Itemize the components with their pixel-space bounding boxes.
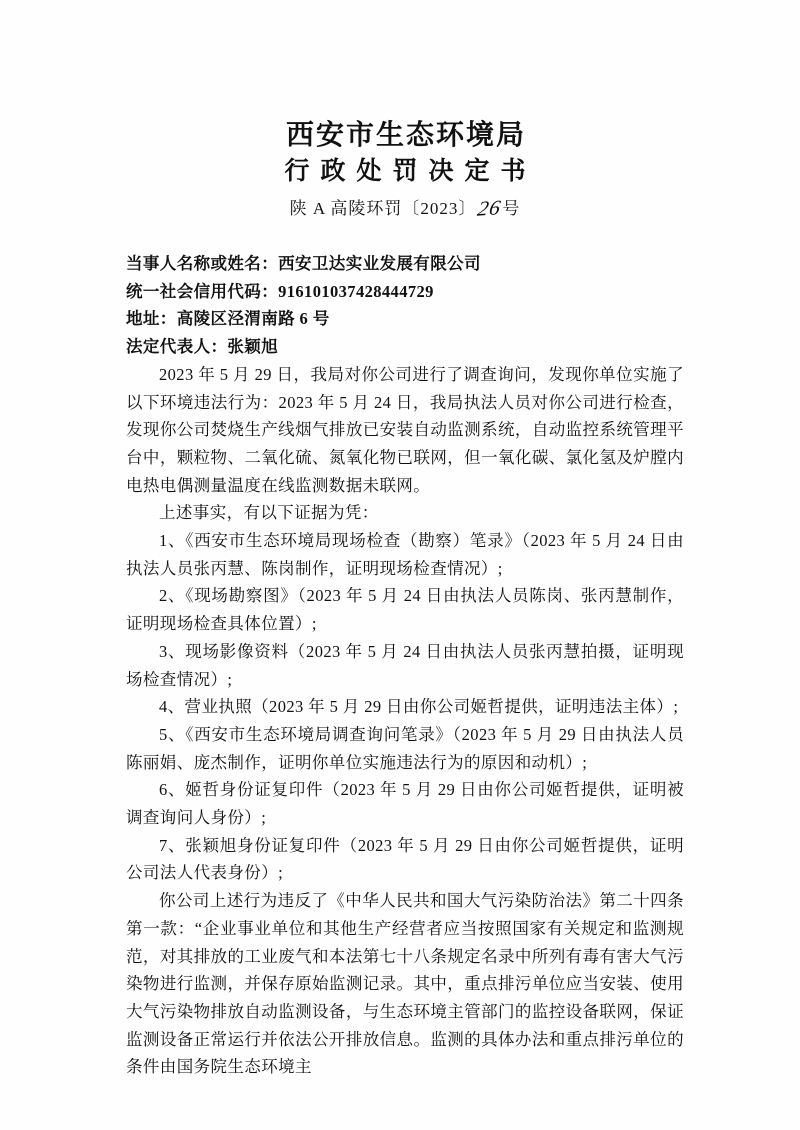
evidence-item-4: 4、营业执照（2023 年 5 月 29 日由你公司姬哲提供，证明违法主体）; [126, 693, 684, 721]
document-content: 西安市生态环境局 行政处罚决定书 陕 A 高陵环罚〔2023〕26号 当事人名称… [126, 0, 684, 1081]
evidence-item-2: 2、《现场勘察图》（2023 年 5 月 24 日由执法人员陈岗、张丙慧制作，证… [126, 582, 684, 637]
facts-paragraph: 2023 年 5 月 29 日，我局对你公司进行了调查询问，发现你单位实施了以下… [126, 361, 684, 500]
legal-basis-paragraph: 你公司上述行为违反了《中华人民共和国大气污染防治法》第二十四条第一款：“企业事业… [126, 887, 684, 1081]
evidence-item-7: 7、张颖旭身份证复印件（2023 年 5 月 29 日由你公司姬哲提供，证明公司… [126, 832, 684, 887]
evidence-item-3: 3、现场影像资料（2023 年 5 月 24 日由执法人员张丙慧拍摄，证明现场检… [126, 638, 684, 693]
doc-number-suffix: 号 [502, 199, 520, 218]
evidence-item-1: 1、《西安市生态环境局现场检查（勘察）笔录》（2023 年 5 月 24 日由执… [126, 527, 684, 582]
org-title: 西安市生态环境局 [126, 116, 684, 153]
party-name-line: 当事人名称或姓名：西安卫达实业发展有限公司 [126, 250, 684, 278]
evidence-intro-paragraph: 上述事实，有以下证据为凭： [126, 499, 684, 527]
doc-number: 陕 A 高陵环罚〔2023〕26号 [126, 197, 684, 221]
document-body: 当事人名称或姓名：西安卫达实业发展有限公司 统一社会信用代码：916101037… [126, 250, 684, 1081]
credit-code-line: 统一社会信用代码：916101037428444729 [126, 278, 684, 306]
document-page: 西安市生态环境局 行政处罚决定书 陕 A 高陵环罚〔2023〕26号 当事人名称… [0, 0, 800, 1130]
doc-title: 行政处罚决定书 [126, 153, 684, 190]
evidence-item-6: 6、姬哲身份证复印件（2023 年 5 月 29 日由你公司姬哲提供，证明被调查… [126, 776, 684, 831]
address-line: 地址：高陵区泾渭南路 6 号 [126, 305, 684, 333]
legal-representative-line: 法定代表人：张颖旭 [126, 333, 684, 361]
evidence-item-5: 5、《西安市生态环境局调查询问笔录》（2023 年 5 月 29 日由执法人员陈… [126, 721, 684, 776]
doc-number-handwritten: 26 [476, 197, 503, 219]
doc-number-prefix: 陕 A 高陵环罚〔2023〕 [290, 199, 477, 218]
